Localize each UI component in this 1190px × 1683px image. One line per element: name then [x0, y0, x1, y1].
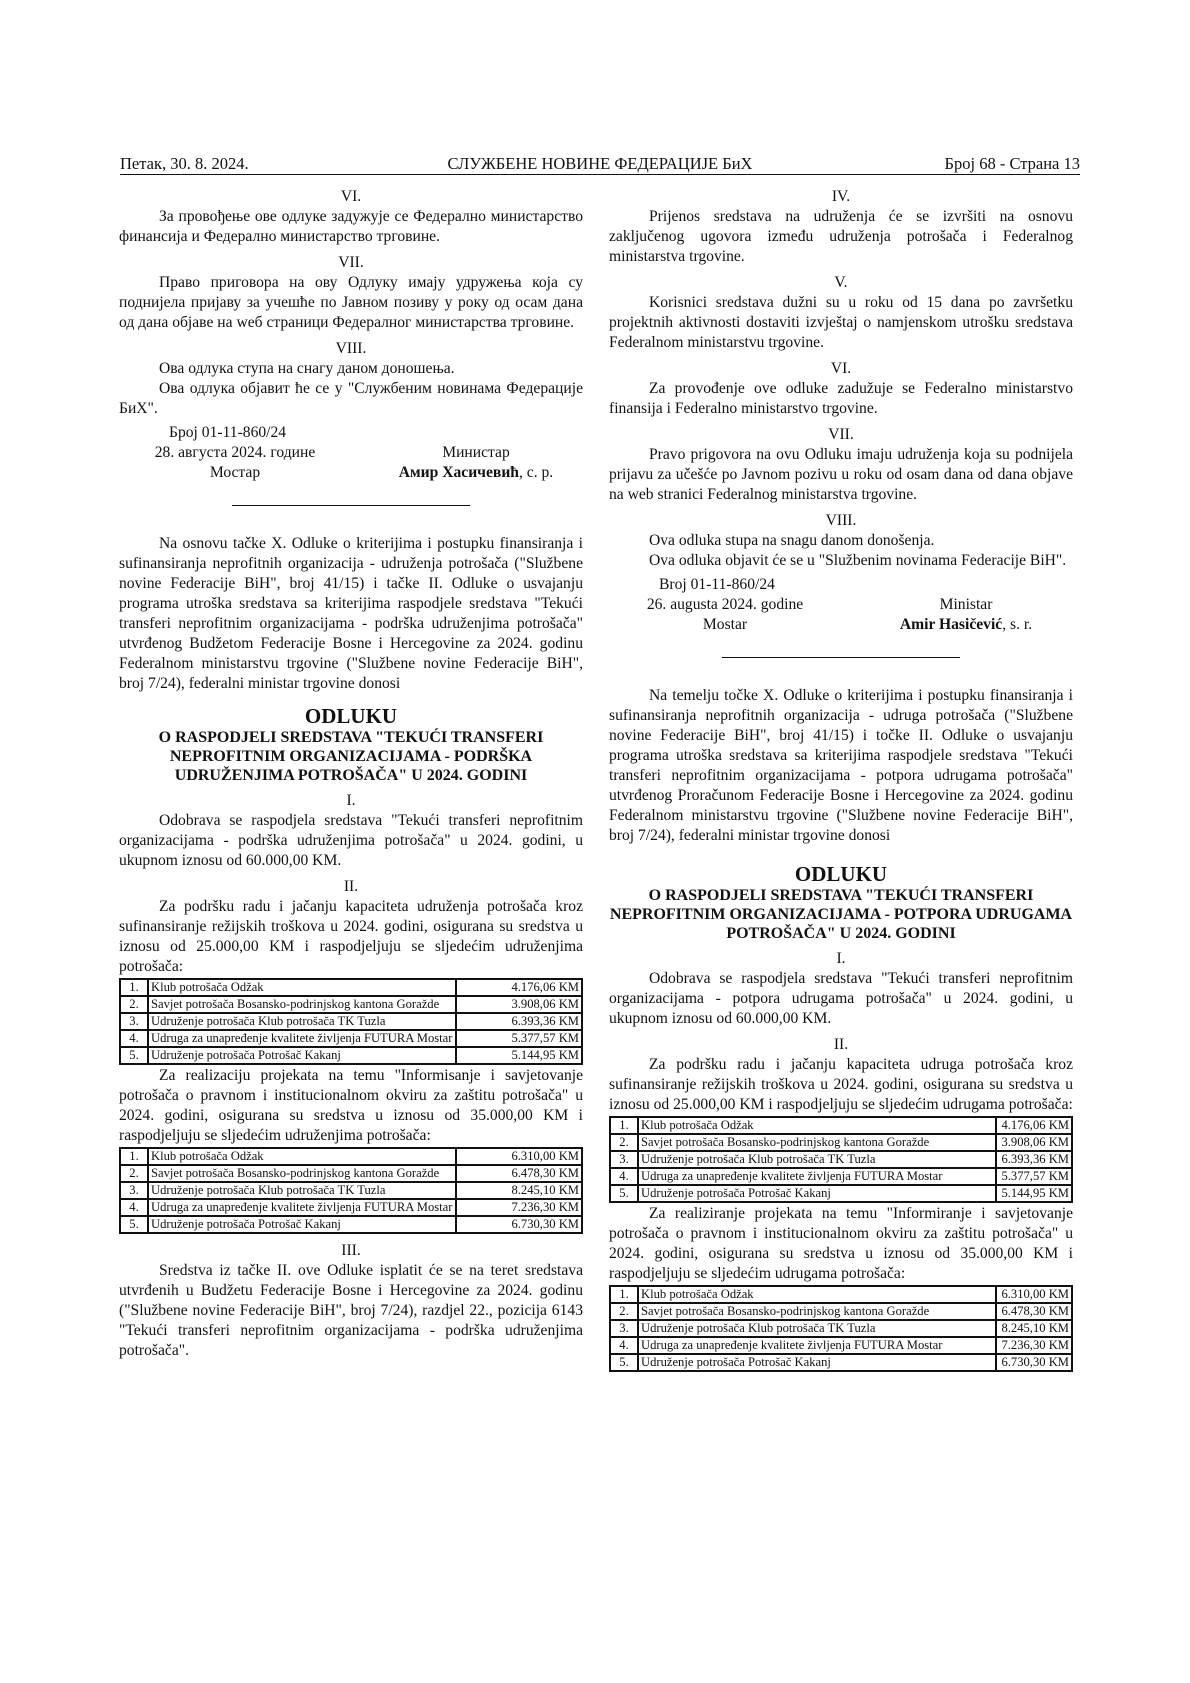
amount: 6.393,36 KM	[456, 1013, 582, 1030]
table-row: 3.Udruženje potrošača Klub potrošača TK …	[120, 1182, 582, 1199]
association-name: Udruženje potrošača Klub potrošača TK Tu…	[148, 1013, 456, 1030]
amount: 5.144,95 KM	[996, 1185, 1072, 1202]
section-heading: I.	[609, 949, 1073, 969]
table-row: 5.Udruženje potrošača Potrošač Kakanj5.1…	[120, 1047, 582, 1064]
row-number: 3.	[120, 1182, 148, 1199]
table-row: 1.Klub potrošača Odžak6.310,00 KM	[610, 1286, 1072, 1303]
table-row: 2.Savjet potrošača Bosansko-podrinjskog …	[610, 1303, 1072, 1320]
table-row: 4.Udruga za unapređenje kvalitete življe…	[610, 1337, 1072, 1354]
signatory-name: Амир Хасичевић	[399, 464, 519, 481]
intro-paragraph: Na temelju točke X. Odluke o kriterijima…	[609, 686, 1073, 846]
section-heading: VI.	[119, 187, 583, 207]
association-name: Udruga za unapređenje kvalitete življenj…	[638, 1168, 996, 1185]
table-row: 5.Udruženje potrošača Potrošač Kakanj6.7…	[610, 1354, 1072, 1371]
association-name: Klub potrošača Odžak	[148, 1148, 456, 1165]
signatory-name: Amir Hasičević	[900, 616, 1002, 633]
page-header: Петак, 30. 8. 2024. СЛУЖБЕНЕ НОВИНЕ ФЕДЕ…	[120, 152, 1080, 175]
paragraph: Ова одлука ступа на снагу даном доношења…	[119, 359, 583, 379]
row-number: 5.	[610, 1185, 638, 1202]
paragraph: Za podršku radu i jačanju kapaciteta udr…	[119, 897, 583, 977]
row-number: 1.	[120, 1148, 148, 1165]
paragraph: Ova odluka stupa na snagu danom donošenj…	[609, 531, 1073, 551]
amount: 5.144,95 KM	[456, 1047, 582, 1064]
association-name: Udruga za unapređenje kvalitete življenj…	[148, 1199, 456, 1216]
signatory: Amir Hasičević, s. r.	[859, 615, 1073, 635]
signature-block: Broj 01-11-860/24 26. augusta 2024. godi…	[609, 575, 1073, 635]
document-number: Број 01-11-860/24	[169, 423, 286, 443]
document-place: Мостар	[119, 463, 351, 483]
left-column: VI. За провођење ове одлуке задужује се …	[119, 187, 583, 1361]
document-number: Broj 01-11-860/24	[659, 575, 775, 595]
row-number: 4.	[610, 1168, 638, 1185]
right-column: IV. Prijenos sredstava na udruženja će s…	[609, 187, 1073, 1373]
document-date: 26. augusta 2024. godine	[609, 595, 841, 615]
table-row: 5.Udruženje potrošača Potrošač Kakanj6.7…	[120, 1216, 582, 1233]
decision-subtitle: O RASPODJELI SREDSTAVA "TEKUĆI TRANSFERI…	[119, 728, 583, 785]
signatory-role: Министар	[369, 443, 583, 463]
decision-subtitle: O RASPODJELI SREDSTAVA "TEKUĆI TRANSFERI…	[609, 886, 1073, 943]
paragraph: Korisnici sredstava dužni su u roku od 1…	[609, 293, 1073, 353]
amount: 8.245,10 KM	[456, 1182, 582, 1199]
association-name: Klub potrošača Odžak	[638, 1117, 996, 1134]
amount: 6.310,00 KM	[456, 1148, 582, 1165]
amount: 3.908,06 KM	[456, 996, 582, 1013]
row-number: 2.	[610, 1134, 638, 1151]
paragraph: Odobrava se raspodjela sredstava "Tekući…	[609, 969, 1073, 1029]
association-name: Udruženje potrošača Potrošač Kakanj	[148, 1047, 456, 1064]
signatory-suffix: , с. р.	[519, 464, 553, 481]
table-row: 2.Savjet potrošača Bosansko-podrinjskog …	[610, 1134, 1072, 1151]
row-number: 4.	[120, 1030, 148, 1047]
association-name: Udruga za unapređenje kvalitete življenj…	[638, 1337, 996, 1354]
amount: 8.245,10 KM	[996, 1320, 1072, 1337]
table-row: 3.Udruženje potrošača Klub potrošača TK …	[120, 1013, 582, 1030]
amount: 4.176,06 KM	[456, 979, 582, 996]
section-heading: VIII.	[119, 339, 583, 359]
document-place: Mostar	[609, 615, 841, 635]
row-number: 2.	[610, 1303, 638, 1320]
table-row: 1.Klub potrošača Odžak4.176,06 KM	[610, 1117, 1072, 1134]
section-heading: IV.	[609, 187, 1073, 207]
paragraph: Odobrava se raspodjela sredstava "Tekući…	[119, 811, 583, 871]
paragraph: Za provođenje ove odluke zadužuje se Fed…	[609, 379, 1073, 419]
row-number: 3.	[610, 1151, 638, 1168]
association-name: Udruženje potrošača Potrošač Kakanj	[638, 1354, 996, 1371]
association-name: Udruženje potrošača Klub potrošača TK Tu…	[638, 1320, 996, 1337]
row-number: 5.	[120, 1047, 148, 1064]
paragraph: За провођење ове одлуке задужује се Феде…	[119, 207, 583, 247]
header-publication: СЛУЖБЕНЕ НОВИНЕ ФЕДЕРАЦИЈЕ БиХ	[120, 154, 1080, 174]
row-number: 1.	[610, 1117, 638, 1134]
row-number: 1.	[610, 1286, 638, 1303]
paragraph: Za realiziranje projekata na temu "Infor…	[609, 1204, 1073, 1284]
amount: 6.730,30 KM	[996, 1354, 1072, 1371]
signature-block: Број 01-11-860/24 28. августа 2024. годи…	[119, 423, 583, 483]
table-row: 4.Udruga za unapređenje kvalitete življe…	[120, 1030, 582, 1047]
amount: 6.478,30 KM	[456, 1165, 582, 1182]
table-row: 2.Savjet potrošača Bosansko-podrinjskog …	[120, 1165, 582, 1182]
signatory-role: Ministar	[859, 595, 1073, 615]
section-heading: II.	[609, 1035, 1073, 1055]
paragraph: Ova odluka objavit će se u "Službenim no…	[609, 551, 1073, 571]
association-name: Savjet potrošača Bosansko-podrinjskog ka…	[638, 1303, 996, 1320]
association-name: Savjet potrošača Bosansko-podrinjskog ka…	[148, 1165, 456, 1182]
allocation-table-projects: 1.Klub potrošača Odžak6.310,00 KM2.Savje…	[609, 1285, 1073, 1372]
amount: 6.393,36 KM	[996, 1151, 1072, 1168]
association-name: Klub potrošača Odžak	[638, 1286, 996, 1303]
table-row: 1.Klub potrošača Odžak4.176,06 KM	[120, 979, 582, 996]
amount: 6.730,30 KM	[456, 1216, 582, 1233]
association-name: Udruga za unapređenje kvalitete življenj…	[148, 1030, 456, 1047]
table-row: 1.Klub potrošača Odžak6.310,00 KM	[120, 1148, 582, 1165]
amount: 7.236,30 KM	[996, 1337, 1072, 1354]
row-number: 3.	[610, 1320, 638, 1337]
paragraph: Sredstva iz tačke II. ove Odluke isplati…	[119, 1261, 583, 1361]
association-name: Udruženje potrošača Klub potrošača TK Tu…	[148, 1182, 456, 1199]
table-row: 3.Udruženje potrošača Klub potrošača TK …	[610, 1320, 1072, 1337]
paragraph: Право приговора на ову Одлуку имају удру…	[119, 273, 583, 333]
amount: 5.377,57 KM	[456, 1030, 582, 1047]
row-number: 4.	[610, 1337, 638, 1354]
row-number: 1.	[120, 979, 148, 996]
decision-title: ODLUKU	[119, 704, 583, 728]
amount: 5.377,57 KM	[996, 1168, 1072, 1185]
paragraph: Ова одлука објавит ће се у "Службеним но…	[119, 379, 583, 419]
paragraph: Prijenos sredstava na udruženja će se iz…	[609, 207, 1073, 267]
amount: 6.310,00 KM	[996, 1286, 1072, 1303]
amount: 6.478,30 KM	[996, 1303, 1072, 1320]
section-heading: VII.	[119, 253, 583, 273]
table-row: 4.Udruga za unapređenje kvalitete življe…	[610, 1168, 1072, 1185]
section-heading: I.	[119, 791, 583, 811]
section-heading: III.	[119, 1241, 583, 1261]
section-heading: V.	[609, 273, 1073, 293]
row-number: 2.	[120, 996, 148, 1013]
paragraph: Za podršku radu i jačanju kapaciteta udr…	[609, 1055, 1073, 1115]
row-number: 2.	[120, 1165, 148, 1182]
amount: 4.176,06 KM	[996, 1117, 1072, 1134]
document-date: 28. августа 2024. године	[119, 443, 351, 463]
intro-paragraph: Na osnovu tačke X. Odluke o kriterijima …	[119, 534, 583, 694]
section-heading: II.	[119, 877, 583, 897]
table-row: 5.Udruženje potrošača Potrošač Kakanj5.1…	[610, 1185, 1072, 1202]
row-number: 4.	[120, 1199, 148, 1216]
allocation-table-overheads: 1.Klub potrošača Odžak4.176,06 KM2.Savje…	[609, 1116, 1073, 1203]
signatory: Амир Хасичевић, с. р.	[369, 463, 583, 483]
amount: 7.236,30 KM	[456, 1199, 582, 1216]
table-row: 4.Udruga za unapređenje kvalitete življe…	[120, 1199, 582, 1216]
association-name: Savjet potrošača Bosansko-podrinjskog ka…	[148, 996, 456, 1013]
table-row: 3.Udruženje potrošača Klub potrošača TK …	[610, 1151, 1072, 1168]
row-number: 3.	[120, 1013, 148, 1030]
association-name: Savjet potrošača Bosansko-podrinjskog ka…	[638, 1134, 996, 1151]
signatory-suffix: , s. r.	[1002, 616, 1032, 633]
paragraph: Pravo prigovora na ovu Odluku imaju udru…	[609, 445, 1073, 505]
section-heading: VIII.	[609, 511, 1073, 531]
row-number: 5.	[120, 1216, 148, 1233]
association-name: Udruženje potrošača Potrošač Kakanj	[638, 1185, 996, 1202]
association-name: Klub potrošača Odžak	[148, 979, 456, 996]
section-heading: VI.	[609, 359, 1073, 379]
association-name: Udruženje potrošača Klub potrošača TK Tu…	[638, 1151, 996, 1168]
section-heading: VII.	[609, 425, 1073, 445]
allocation-table-overheads: 1.Klub potrošača Odžak4.176,06 KM2.Savje…	[119, 978, 583, 1065]
header-issue-page: Број 68 - Страна 13	[945, 154, 1080, 174]
table-row: 2.Savjet potrošača Bosansko-podrinjskog …	[120, 996, 582, 1013]
association-name: Udruženje potrošača Potrošač Kakanj	[148, 1216, 456, 1233]
row-number: 5.	[610, 1354, 638, 1371]
allocation-table-projects: 1.Klub potrošača Odžak6.310,00 KM2.Savje…	[119, 1147, 583, 1234]
paragraph: Za realizaciju projekata na temu "Inform…	[119, 1066, 583, 1146]
decision-title: ODLUKU	[609, 862, 1073, 886]
amount: 3.908,06 KM	[996, 1134, 1072, 1151]
